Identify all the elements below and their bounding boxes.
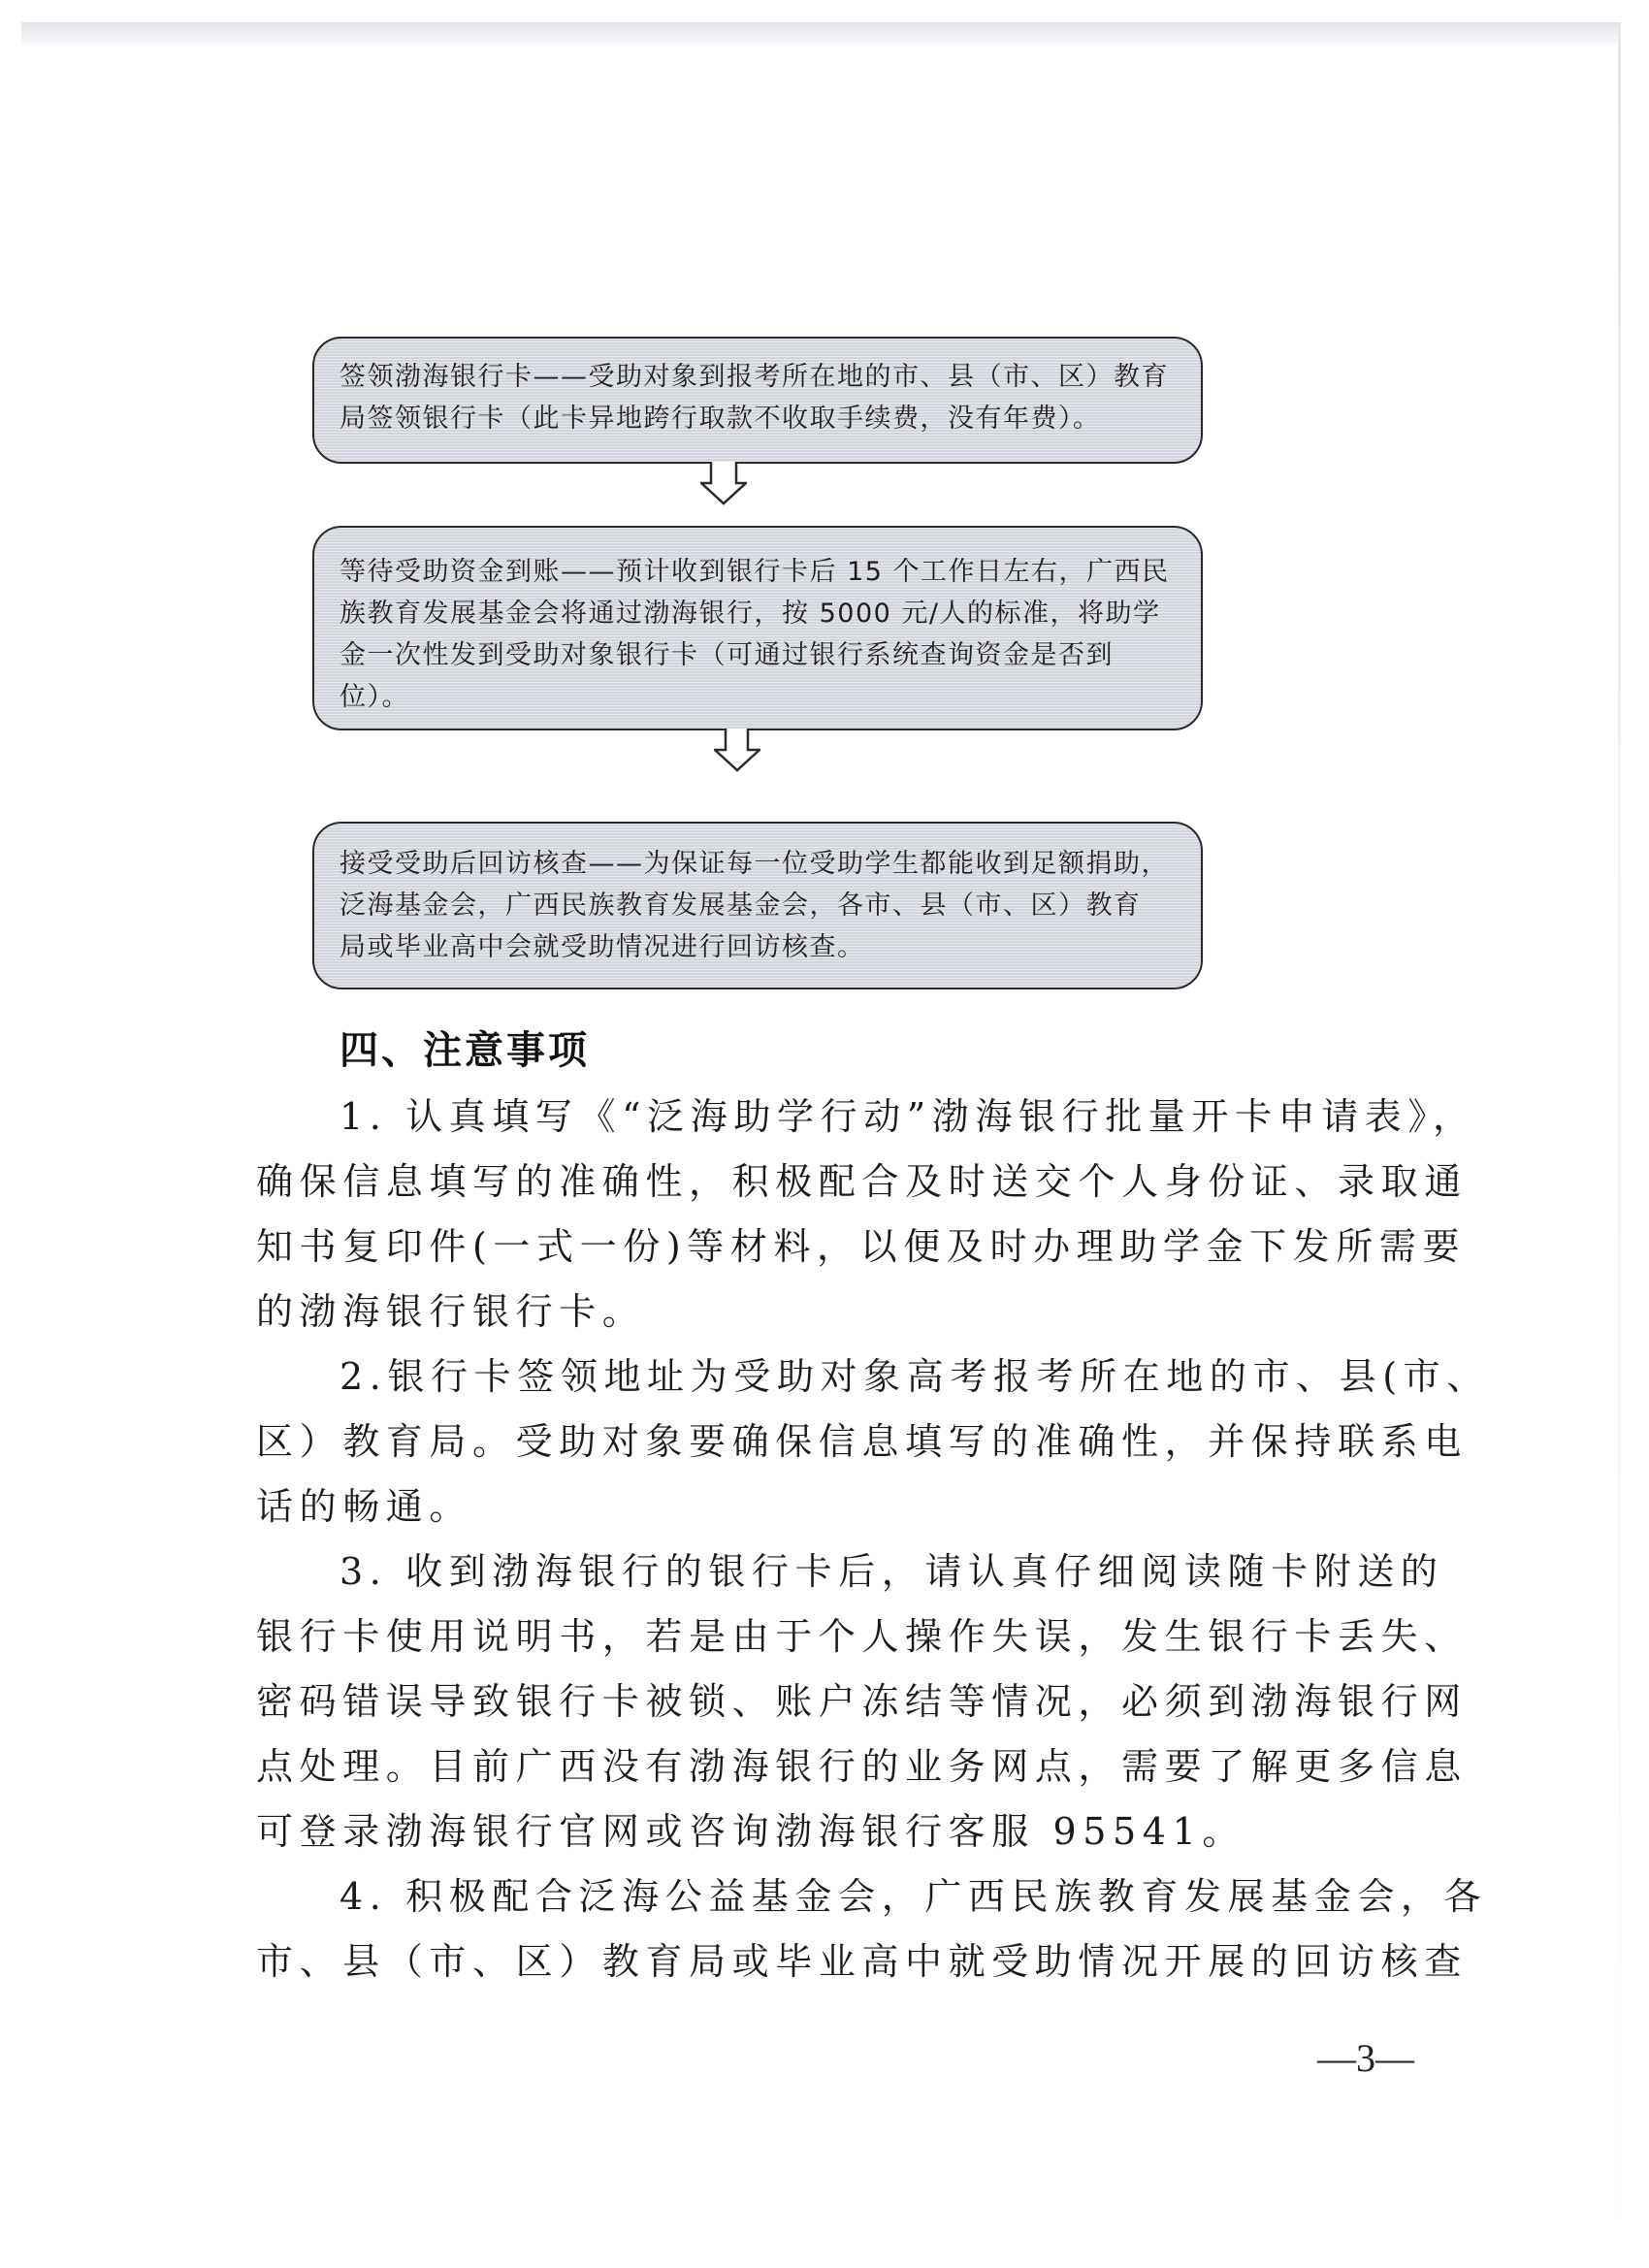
text-line: 可登录渤海银行官网或咨询渤海银行客服 95541。	[173, 1799, 1436, 1864]
text-line: 确保信息填写的准确性，积极配合及时送交个人身份证、录取通	[173, 1150, 1436, 1215]
flow-line: 接受受助后回访核查——为保证每一位受助学生都能收到足额捐助，	[339, 843, 1176, 885]
flow-line: 签领渤海银行卡——受助对象到报考所在地的市、县（市、区）教育	[339, 356, 1176, 398]
page-number: —3—	[1317, 2037, 1414, 2080]
note-paragraph-3: 3. 收到渤海银行的银行卡后，请认真仔细阅读随卡附送的 银行卡使用说明书，若是由…	[256, 1539, 1436, 1864]
flow-step-text: 等待受助资金到账——预计收到银行卡后 15 个工作日左右，广西民 族教育发展基金…	[339, 551, 1176, 718]
flow-step-text: 签领渤海银行卡——受助对象到报考所在地的市、县（市、区）教育 局签领银行卡（此卡…	[339, 356, 1176, 439]
text-line: 区）教育局。受助对象要确保信息填写的准确性，并保持联系电	[173, 1409, 1436, 1474]
flow-line: 等待受助资金到账——预计收到银行卡后 15 个工作日左右，广西民	[339, 551, 1176, 593]
note-paragraph-4: 4. 积极配合泛海公益基金会，广西民族教育发展基金会，各 市、县（市、区）教育局…	[256, 1864, 1436, 1994]
flow-line: 局或毕业高中会就受助情况进行回访核查。	[339, 926, 1176, 968]
flow-line: 位）。	[339, 676, 1176, 718]
text-line: 的渤海银行银行卡。	[173, 1280, 1436, 1345]
text-line: 1. 认真填写《“泛海助学行动”渤海银行批量开卡申请表》，	[256, 1085, 1436, 1150]
text-line: 银行卡使用说明书，若是由于个人操作失误，发生银行卡丢失、	[173, 1604, 1436, 1669]
note-paragraph-1: 1. 认真填写《“泛海助学行动”渤海银行批量开卡申请表》， 确保信息填写的准确性…	[256, 1085, 1436, 1345]
flow-line: 金一次性发到受助对象银行卡（可通过银行系统查询资金是否到	[339, 634, 1176, 676]
text-line: 密码错误导致银行卡被锁、账户冻结等情况，必须到渤海银行网	[173, 1669, 1436, 1734]
text-line: 2.银行卡签领地址为受助对象高考报考所在地的市、县(市、	[256, 1345, 1436, 1409]
text-line: 话的畅通。	[173, 1474, 1436, 1539]
flow-step-await-funds: 等待受助资金到账——预计收到银行卡后 15 个工作日左右，广西民 族教育发展基金…	[312, 526, 1203, 730]
text-line: 3. 收到渤海银行的银行卡后，请认真仔细阅读随卡附送的	[256, 1539, 1436, 1604]
text-line: 市、县（市、区）教育局或毕业高中就受助情况开展的回访核查	[173, 1929, 1436, 1994]
text-line: 4. 积极配合泛海公益基金会，广西民族教育发展基金会，各	[256, 1864, 1436, 1929]
flow-step-sign-card: 签领渤海银行卡——受助对象到报考所在地的市、县（市、区）教育 局签领银行卡（此卡…	[312, 337, 1203, 464]
section-heading: 四、注意事项	[339, 1028, 590, 1073]
notes-body: 1. 认真填写《“泛海助学行动”渤海银行批量开卡申请表》， 确保信息填写的准确性…	[256, 1085, 1436, 1994]
flow-step-follow-up: 接受受助后回访核查——为保证每一位受助学生都能收到足额捐助， 泛海基金会，广西民…	[312, 822, 1203, 989]
down-arrow-icon	[700, 462, 747, 506]
flow-line: 族教育发展基金会将通过渤海银行，按 5000 元/人的标准，将助学	[339, 593, 1176, 634]
text-line: 点处理。目前广西没有渤海银行的业务网点，需要了解更多信息	[173, 1734, 1436, 1799]
flow-line: 泛海基金会，广西民族教育发展基金会，各市、县（市、区）教育	[339, 885, 1176, 926]
text-line: 知书复印件(一式一份)等材料，以便及时办理助学金下发所需要	[173, 1215, 1436, 1280]
flow-line: 局签领银行卡（此卡异地跨行取款不收取手续费，没有年费）。	[339, 398, 1176, 439]
scan-right-edge	[1618, 22, 1621, 2268]
flow-step-text: 接受受助后回访核查——为保证每一位受助学生都能收到足额捐助， 泛海基金会，广西民…	[339, 843, 1176, 968]
note-paragraph-2: 2.银行卡签领地址为受助对象高考报考所在地的市、县(市、 区）教育局。受助对象要…	[256, 1345, 1436, 1539]
down-arrow-icon	[714, 729, 760, 773]
scan-top-shadow	[21, 22, 1620, 48]
